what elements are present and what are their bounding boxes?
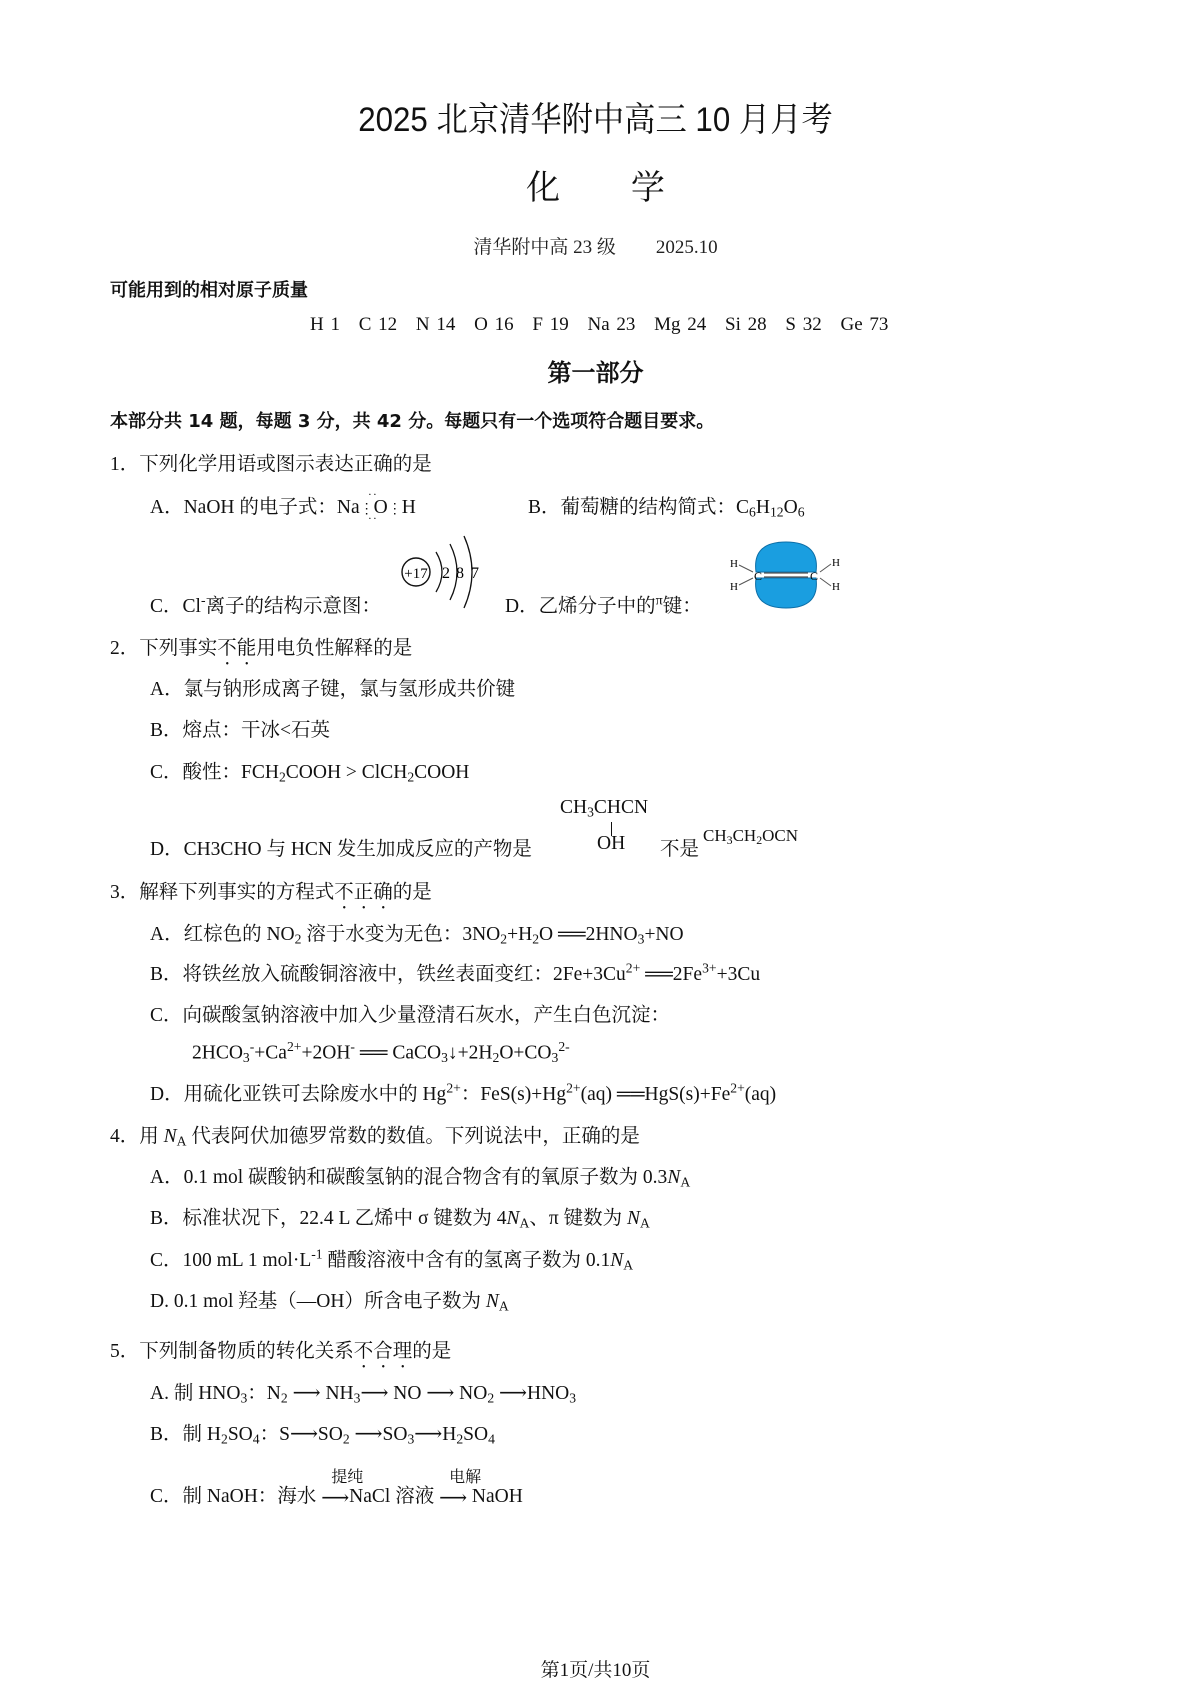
question-2-stem: 2．下列事实不能用电负性解释的是 [110,632,412,670]
chain-item: NaOH [472,1486,523,1507]
option-label: C． [150,1486,183,1507]
option-label: B． [150,1424,183,1445]
part-title: 第一部分 [0,353,1191,388]
ethylene-pi-bond-diagram: C C H H H H [728,540,843,610]
question-text: 下列制备物质的转化关系 [139,1341,354,1362]
option-label: D． [150,839,184,860]
q5-option-c: C．制 NaOH：海水 提纯⟶NaCl 溶液 电解⟶ NaOH [150,1480,523,1510]
option-label: D． [505,596,539,617]
q4-option-b: B．标准状况下，22.4 L 乙烯中 σ 键数为 4NA、π 键数为 NA [150,1202,650,1231]
question-text: 下列化学用语或图示表达正确的是 [139,454,432,475]
option-text: 氯与钠形成离子键，氯与氢形成共价键 [184,679,516,700]
option-label: B． [150,964,183,985]
arrow-icon: ⟶ [360,1383,388,1404]
acidity-formula: FCH2COOH > ClCH2COOH [241,762,469,783]
q2-option-b: B．熔点：干冰<石英 [150,714,330,742]
question-text: 下列事实 [139,638,217,659]
atomic-mass-item: Ge 73 [840,314,888,335]
svg-text:H: H [832,581,840,593]
arrow-icon: ⟶ [321,1488,349,1509]
option-label: B． [150,1208,183,1229]
arrow-with-label: 提纯⟶ [321,1486,349,1510]
q2-option-c: C．酸性：FCH2COOH > ClCH2COOH [150,756,469,785]
svg-text:C: C [810,569,818,583]
option-text: 制 NaOH： [183,1486,278,1507]
subject-char: 学 [631,160,665,209]
hydroxyl-group: OH [597,833,625,855]
option-label: C． [150,762,183,783]
question-4-stem: 4．用 NA 代表阿伏加德罗常数的数值。下列说法中，正确的是 [110,1120,640,1149]
q4-option-d: D. 0.1 mol 羟基（—OH）所含电子数为 NA [150,1285,509,1314]
q5-option-b: B．制 H2SO4：S⟶SO2 ⟶SO3⟶H2SO4 [150,1418,495,1447]
arrow-with-label: 电解⟶ [439,1486,467,1510]
option-label: D. [150,1291,169,1312]
chain-item: NaCl 溶液 [349,1486,434,1507]
question-text: 用电负性解释的是 [256,638,412,659]
question-emphasis: 不正确 [334,882,393,903]
incorrect-product: CH3CH2OCN [703,826,798,848]
option-text: 键： [663,596,702,617]
question-number: 5． [110,1341,139,1362]
exam-meta: 清华附中高 23 级2025.10 [0,232,1191,259]
atomic-mass-item: Si 28 [725,314,767,335]
atomic-mass-item: H 1 [310,314,340,335]
part-instructions: 本部分共 14 题，每题 3 分，共 42 分。每题只有一个选项符合题目要求。 [110,407,714,433]
q4-option-a: A．0.1 mol 碳酸钠和碳酸氢钠的混合物含有的氧原子数为 0.3NA [150,1161,690,1190]
arrow-icon: ⟶ [439,1488,467,1509]
svg-text:C: C [754,569,762,583]
svg-text:+17: +17 [404,566,428,582]
option-text: 熔点：干冰<石英 [183,720,331,741]
arrow-icon: ⟶ [499,1383,527,1404]
option-label: B． [150,720,183,741]
arrow-icon: ⟶ [293,1383,321,1404]
atomic-mass-item: O 16 [474,314,513,335]
option-label: B． [528,497,561,518]
question-text: 的是 [393,882,432,903]
question-number: 3． [110,882,139,903]
atomic-mass-item: Mg 24 [654,314,706,335]
option-text: 葡萄糖的结构简式： [561,497,737,518]
arrow-icon: ⟶ [355,1424,383,1445]
question-emphasis: 不合理 [354,1341,413,1362]
atomic-mass-item: Na 23 [587,314,635,335]
q1-option-a: A．NaOH 的电子式：Na⋮O····⋮H [150,491,416,519]
question-text: 解释下列事实的方程式 [139,882,334,903]
option-label: C． [150,596,183,617]
svg-text:8: 8 [456,565,464,582]
exam-subject: 化 学 [0,160,1191,209]
chain-item: 海水 [277,1486,316,1507]
page-number: 第1页/共10页 [0,1655,1191,1682]
option-text: CH3CHO 与 HCN 发生加成反应的产物是 [184,839,532,860]
q1-option-b: B．葡萄糖的结构简式：C6H12O6 [528,491,805,520]
svg-text:2: 2 [442,565,450,582]
exam-title: 2025 北京清华附中高三 10 月月考 [48,92,1144,141]
option-label: A. [150,1383,169,1404]
option-label: A． [150,679,184,700]
svg-text:H: H [730,558,738,570]
subject-char: 化 [526,160,560,209]
option-label: A． [150,497,184,518]
question-text: 的是 [412,1341,451,1362]
grade-label: 清华附中高 23 级 [473,237,616,258]
glucose-formula: C6H12O6 [736,497,805,518]
q5-option-a: A. 制 HNO3：N2 ⟶ NH3⟶ NO ⟶ NO2 ⟶HNO3 [150,1377,576,1406]
q3-option-c: C．向碳酸氢钠溶液中加入少量澄清石灰水，产生白色沉淀： [150,999,670,1027]
option-text: 酸性： [183,762,242,783]
option-label: A． [150,924,184,945]
arrow-icon: ⟶ [426,1383,454,1404]
arrow-icon: ⟶ [290,1424,318,1445]
option-label: D． [150,1084,184,1105]
arrow-label: 电解 [449,1464,481,1487]
date-label: 2025.10 [656,237,718,258]
question-1-stem: 1．下列化学用语或图示表达正确的是 [110,448,432,476]
q3-option-a: A．红棕色的 NO2 溶于水变为无色：3NO2+H2O ══2HNO3+NO [150,918,684,947]
option-text: 离子的结构示意图： [206,596,382,617]
arrow-label: 提纯 [331,1464,363,1487]
question-3-stem: 3．解释下列事实的方程式不正确的是 [110,876,432,914]
svg-text:H: H [730,581,738,593]
option-text: 向碳酸氢钠溶液中加入少量澄清石灰水，产生白色沉淀： [183,1005,671,1026]
svg-text:7: 7 [471,565,479,582]
atomic-mass-item: S 32 [785,314,821,335]
svg-text:H: H [832,557,840,569]
question-number: 1． [110,454,139,475]
option-text: NaOH 的电子式： [184,497,337,518]
atomic-mass-item: F 19 [532,314,568,335]
cyanohydrin-product: CH3CHCN [560,797,648,820]
ion-symbol: Cl [183,596,201,617]
arrow-icon: ⟶ [414,1424,442,1445]
option-label: C． [150,1005,183,1026]
q1-option-d: D．乙烯分子中的π键： [505,590,702,618]
atomic-mass-label: 可能用到的相对原子质量 [110,276,308,302]
q2-option-a: A．氯与钠形成离子键，氯与氢形成共价键 [150,673,515,701]
option-label: C． [150,1250,183,1271]
atomic-mass-item: N 14 [416,314,455,335]
option-text: 乙烯分子中的 [539,596,656,617]
not-label: 不是 [660,833,699,861]
chloride-structure-diagram: +17 2 8 7 [400,530,490,610]
atomic-mass-item: C 12 [359,314,397,335]
q1-option-c: C．Cl-离子的结构示意图： [150,590,381,618]
q3-option-b: B．将铁丝放入硫酸铜溶液中，铁丝表面变红：2Fe+3Cu2+ ══2Fe3++3… [150,958,760,986]
pi-symbol: π [656,593,663,608]
q3-option-c-equation: 2HCO3-+Ca2++2OH- ══ CaCO3↓+2H2O+CO32- [192,1039,570,1066]
question-number: 4． [110,1126,139,1147]
q4-option-c: C．100 mL 1 mol·L-1 醋酸溶液中含有的氢离子数为 0.1NA [150,1244,633,1273]
question-emphasis: 不能 [217,638,256,659]
q3-option-d: D．用硫化亚铁可去除废水中的 Hg2+：FeS(s)+Hg2+(aq) ══Hg… [150,1078,776,1106]
question-5-stem: 5．下列制备物质的转化关系不合理的是 [110,1335,451,1373]
option-label: A． [150,1167,184,1188]
electron-formula: Na⋮O····⋮H [337,497,416,518]
atomic-mass-list: H 1 C 12 N 14 O 16 F 19 Na 23 Mg 24 Si 2… [310,314,900,336]
q2-option-d: D．CH3CHO 与 HCN 发生加成反应的产物是 [150,833,532,861]
question-number: 2． [110,638,139,659]
